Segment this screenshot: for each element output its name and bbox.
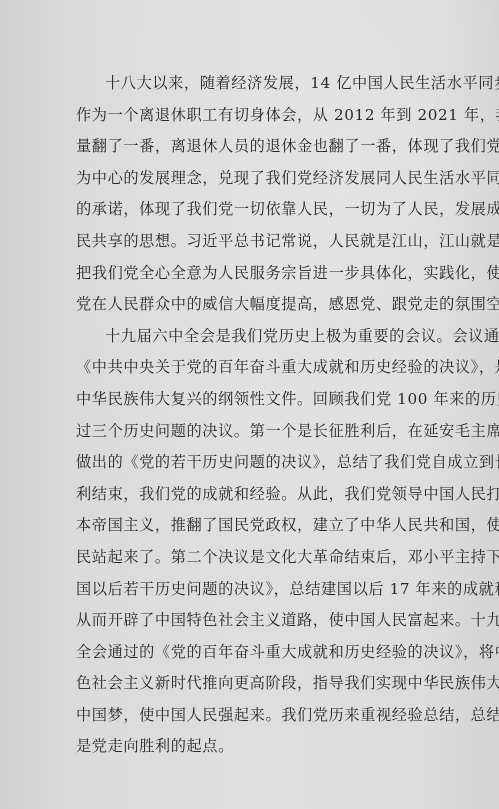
paragraph-1: 十八大以来，随着经济发展，14 亿中国人民生活水平同步提高， 作为一个离退休职工… [76,70,488,323]
text-line: 为中心的发展理念，兑现了我们党经济发展同人民生活水平同步增长 [76,165,488,197]
text-line: 量翻了一番，离退休人员的退休金也翻了一番，体现了我们党以人民 [76,133,488,165]
text-line: 中国梦，使中国人民强起来。我们党历来重视经验总结，总结经验， [76,702,488,734]
text-line: 的承诺，体现了我们党一切依靠人民，一切为了人民，发展成果由人 [76,196,488,228]
text-line: 中华民族伟大复兴的纲领性文件。回顾我们党 100 年来的历史，曾通 [76,386,488,418]
text-line: 全会通过的《党的百年奋斗重大成就和历史经验的决议》，将中国特 [76,639,488,671]
text-line: 党在人民群众中的威信大幅度提高，感恩党、跟党走的氛围空前浓厚。 [76,291,488,323]
text-line: 作为一个离退休职工有切身体会，从 2012 年到 2021 年，我国经济总 [76,102,488,134]
text-line: 利结束，我们党的成就和经验。从此，我们党领导中国人民打败了日 [76,481,488,513]
text-line: 民站起来了。第二个决议是文化大革命结束后，邓小平主持下做出《建 [76,544,488,576]
text-line: 本帝国主义，推翻了国民党政权，建立了中华人民共和国，使中国人 [76,512,488,544]
text-line: 十九届六中全会是我们党历史上极为重要的会议。会议通过的 [76,323,488,355]
text-line: 过三个历史问题的决议。第一个是长征胜利后，在延安毛主席领导下， [76,418,488,450]
text-line: 色社会主义新时代推向更高阶段，指导我们实现中华民族伟大复兴的 [76,670,488,702]
text-line: 《中共中央关于党的百年奋斗重大成就和历史经验的决议》，是实现 [76,354,488,386]
text-line: 国以后若干历史问题的决议》，总结建国以后 17 年来的成就和经验， [76,576,488,608]
text-line: 从而开辟了中国特色社会主义道路，使中国人民富起来。十九届六中 [76,607,488,639]
text-line: 是党走向胜利的起点。 [76,733,488,765]
text-line: 十八大以来，随着经济发展，14 亿中国人民生活水平同步提高， [76,70,488,102]
paragraph-2: 十九届六中全会是我们党历史上极为重要的会议。会议通过的 《中共中央关于党的百年奋… [76,323,488,765]
document-body: 十八大以来，随着经济发展，14 亿中国人民生活水平同步提高， 作为一个离退休职工… [76,70,488,765]
text-line: 民共享的思想。习近平总书记常说，人民就是江山，江山就是人民。 [76,228,488,260]
text-line: 做出的《党的若干历史问题的决议》，总结了我们党自成立到长征胜 [76,449,488,481]
text-line: 把我们党全心全意为人民服务宗旨进一步具体化，实践化，使得我们 [76,260,488,292]
document-page: 十八大以来，随着经济发展，14 亿中国人民生活水平同步提高， 作为一个离退休职工… [0,0,499,809]
